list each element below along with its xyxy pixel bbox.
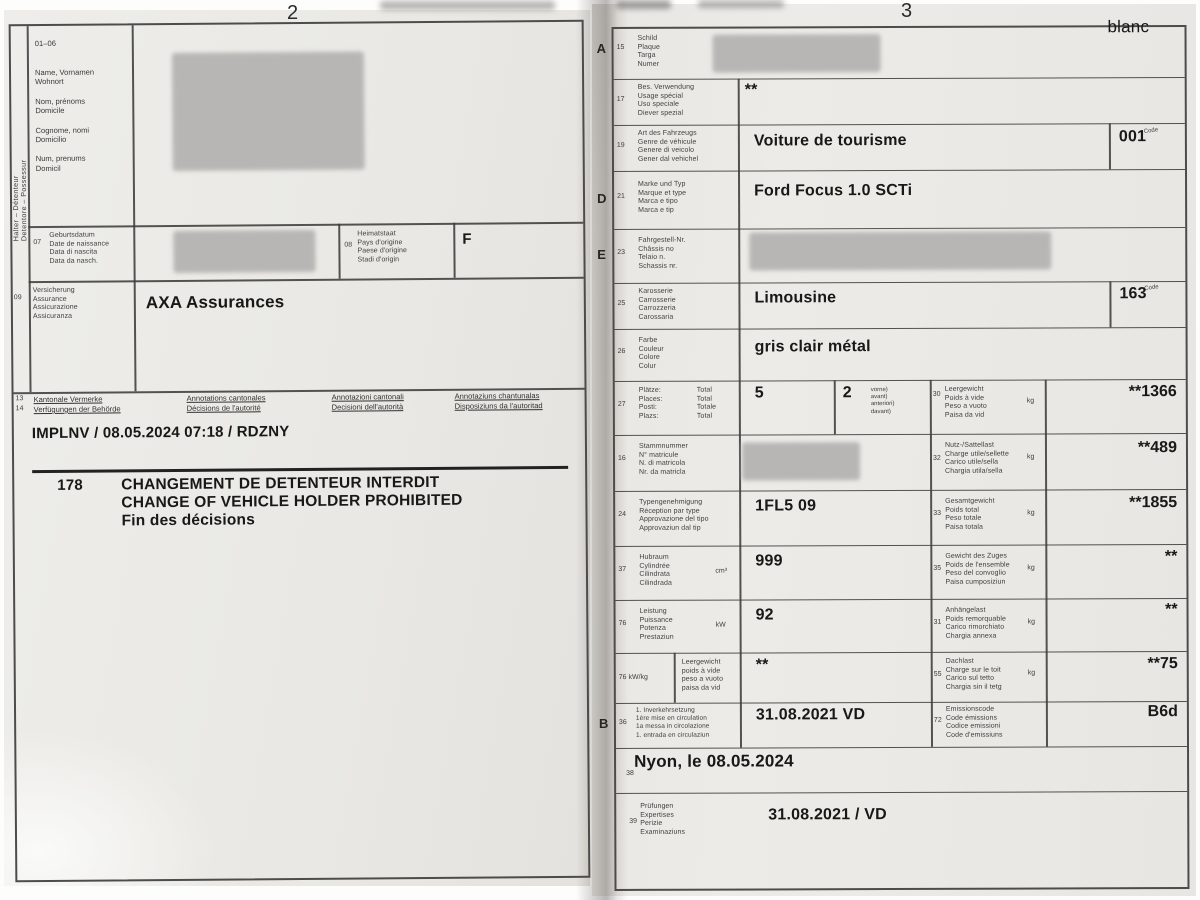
insurance-value: AXA Assurances bbox=[146, 292, 285, 313]
unladen-weight-labels: LeergewichtPoids à videPeso a vuotoPaisa… bbox=[945, 386, 987, 421]
cell-divider bbox=[1045, 433, 1047, 489]
first-registration-value: 31.08.2021 VD bbox=[756, 706, 865, 724]
body-style-labels: KarosserieCarrosserieCarrozzeriaCarossar… bbox=[638, 288, 675, 323]
seats-front-value: 2 bbox=[843, 384, 852, 402]
total-weight-labels: GesamtgewichtPoids totalPeso totalePaisa… bbox=[945, 498, 995, 533]
field-number: 35 bbox=[933, 565, 941, 572]
row-16-serial-no: 16 StammnummerN° matriculeN. di matricol… bbox=[615, 433, 1186, 492]
cell-divider bbox=[738, 125, 740, 171]
chassis-labels: Fahrgestell-Nr.Châssis noTelaio n.Schass… bbox=[638, 237, 686, 272]
field-number: 09 bbox=[14, 294, 22, 301]
row-39-inspections: 39 PrüfungenExpertisesPerizieExaminaziun… bbox=[616, 791, 1187, 889]
cell-divider bbox=[739, 329, 741, 381]
row-27-seats: 27 Plätze:Places:Posti:Plazs: TotalTotal… bbox=[615, 379, 1186, 436]
field-number: 30 bbox=[933, 391, 941, 398]
field-number: 19 bbox=[617, 142, 625, 149]
serial-no-labels: StammnummerN° matriculeN. di matricolaNr… bbox=[639, 443, 688, 478]
type-approval-labels: TypengenehmigungRéception par typeApprov… bbox=[639, 499, 709, 534]
origin-country-labels: HeimatstaatPays d'originePaese d'origine… bbox=[357, 230, 407, 265]
inspections-value: 31.08.2021 / VD bbox=[768, 806, 887, 824]
seats-labels: Plätze:Places:Posti:Plazs: bbox=[639, 387, 663, 421]
field-number: 37 bbox=[618, 566, 626, 573]
cell-divider bbox=[1046, 701, 1048, 746]
cell-divider bbox=[738, 229, 740, 283]
redaction-chassis-number bbox=[749, 231, 1051, 270]
inner-divider bbox=[674, 653, 676, 703]
field-number: 07 bbox=[33, 239, 41, 246]
total-weight-value: **1855 bbox=[1051, 494, 1177, 512]
holder-page-table: Halter – Détenteur Detentore – Possessur… bbox=[9, 20, 591, 882]
cell-divider bbox=[739, 600, 741, 653]
make-type-labels: Marke und TypMarque et typeMarca e tipoM… bbox=[638, 181, 686, 216]
row-17-special-use: 17 Bes. VerwendungUsage spécialUso speci… bbox=[614, 77, 1185, 126]
code-cell-divider bbox=[1109, 281, 1111, 327]
code-cell-divider bbox=[1109, 123, 1111, 169]
cell-divider bbox=[1046, 651, 1048, 701]
section-letter: E bbox=[597, 247, 606, 262]
annotations-header-fr: Annotations cantonalesDécisions de l'aut… bbox=[187, 393, 266, 414]
row-37-displacement: 37 HubraumCylindréeCilindrataCilindrada … bbox=[615, 544, 1186, 601]
roof-load-value: **75 bbox=[1052, 655, 1178, 673]
cell-divider bbox=[930, 434, 932, 490]
cell-divider bbox=[1045, 379, 1047, 433]
cell-divider bbox=[738, 79, 740, 125]
vehicle-kind-value: Voiture de tourisme bbox=[754, 132, 907, 151]
roof-load-labels: DachlastCharge sur le toitCarico sul tet… bbox=[946, 658, 1002, 693]
annotations-header-de: Kantonale VermerkeVerfügungen der Behörd… bbox=[34, 394, 121, 415]
vehicle-kind-code: 001Code bbox=[1119, 128, 1159, 146]
row-24-type-approval: 24 TypengenehmigungRéception par typeApp… bbox=[615, 489, 1186, 547]
make-type-value: Ford Focus 1.0 SCTi bbox=[754, 182, 912, 201]
scanned-vehicle-registration-document: 2 3 Halter – Détenteur Detentore – Posse… bbox=[0, 0, 1200, 900]
field-number: 14 bbox=[16, 405, 24, 412]
field-number: 17 bbox=[617, 96, 625, 103]
field-number: 55 bbox=[934, 671, 942, 678]
cell-divider bbox=[738, 283, 740, 329]
emission-code-labels: EmissionscodeCode émissionsCodice emissi… bbox=[946, 706, 1003, 741]
unit-label: kW bbox=[716, 622, 726, 629]
cell-divider bbox=[739, 491, 741, 546]
field-number: 21 bbox=[617, 193, 625, 200]
vehicle-kind-labels: Art des FahrzeugsGenre de véhiculeGenere… bbox=[638, 130, 698, 165]
power-value: 92 bbox=[756, 606, 774, 624]
unit-label: kg bbox=[1027, 510, 1034, 517]
cell-divider bbox=[834, 380, 836, 434]
cell-divider bbox=[930, 490, 932, 545]
row-76b-power-weight-ratio: 76 kW/kg Leergewichtpoids à videpeso a v… bbox=[616, 651, 1187, 704]
unit-label: kg bbox=[1027, 454, 1034, 461]
first-registration-labels: 1. Inverkehrsetzung1ère mise en circulat… bbox=[636, 707, 710, 740]
row-divider bbox=[29, 277, 584, 283]
field-number: 31 bbox=[934, 619, 942, 626]
unit-label: kg bbox=[1028, 670, 1035, 677]
field-number: 76 bbox=[619, 620, 627, 627]
field-number: 23 bbox=[617, 249, 625, 256]
train-weight-labels: Gewicht des ZugesPoids de l'ensemblePeso… bbox=[945, 553, 1009, 588]
displacement-value: 999 bbox=[755, 552, 782, 570]
field-number: 33 bbox=[933, 510, 941, 517]
code-superscript: Code bbox=[1144, 127, 1159, 135]
field-number: 26 bbox=[618, 348, 626, 355]
row-38-issue-place-date: 38 Nyon, le 08.05.2024 bbox=[616, 746, 1187, 794]
annotations-header-it: Annotazioni cantonaliDecisioni dell'auto… bbox=[332, 392, 404, 413]
cell-divider bbox=[738, 171, 740, 229]
field-number: 25 bbox=[617, 300, 625, 307]
annotations-header-rm: Annotaziuns chantunalasDisposiziuns da l… bbox=[455, 391, 543, 412]
row-36-first-registration: B 36 1. Inverkehrsetzung1ère mise en cir… bbox=[616, 701, 1187, 749]
cell-divider bbox=[1045, 544, 1047, 598]
field-number: 76 kW/kg bbox=[619, 674, 648, 681]
scan-artifact bbox=[698, 0, 784, 8]
train-weight-value: ** bbox=[1051, 548, 1177, 566]
row-21-make-type: D 21 Marke und TypMarque et typeMarca e … bbox=[614, 169, 1185, 230]
birthdate-labels: GeburtsdatumDate de naissanceData di nas… bbox=[49, 231, 109, 266]
plate-labels: SchildPlaqueTargaNumer bbox=[638, 35, 661, 69]
payload-labels: Nutz-/SattellastCharge utile/selletteCar… bbox=[945, 442, 1009, 477]
row-19-vehicle-kind: 19 Art des FahrzeugsGenre de véhiculeGen… bbox=[614, 123, 1185, 172]
seats-total-labels: TotalTotalTotaleTotal bbox=[697, 387, 716, 421]
section-letter: D bbox=[597, 191, 606, 206]
row-23-chassis-no: E 23 Fahrgestell-Nr.Châssis noTelaio n.S… bbox=[614, 227, 1185, 284]
unladen-weight-value: **1366 bbox=[1051, 383, 1177, 401]
special-use-value: ** bbox=[745, 81, 758, 99]
color-labels: FarbeCouleurColoreColur bbox=[639, 337, 664, 371]
seats-front-note: vorne)avant)anteriori)davant) bbox=[871, 387, 895, 416]
cell-divider bbox=[740, 703, 742, 748]
section-letter: B bbox=[599, 716, 608, 731]
vehicle-page-table: blanc A 15 SchildPlaqueTargaNumer 17 Bes… bbox=[611, 25, 1189, 891]
emission-code-value: B6d bbox=[1052, 703, 1178, 721]
redaction-birthdate bbox=[173, 230, 315, 273]
field-number: 32 bbox=[933, 455, 941, 462]
field-number: 72 bbox=[934, 717, 942, 724]
row-26-color: 26 FarbeCouleurColoreColur gris clair mé… bbox=[615, 327, 1186, 382]
holder-field-range: 01–06 bbox=[35, 39, 56, 49]
type-approval-value: 1FL5 09 bbox=[755, 497, 816, 515]
origin-country-value: F bbox=[462, 231, 472, 248]
special-use-labels: Bes. VerwendungUsage spécialUso speciale… bbox=[638, 84, 694, 119]
row-15-plate: A 15 SchildPlaqueTargaNumer bbox=[614, 27, 1185, 80]
field-number: 15 bbox=[617, 44, 625, 51]
row-divider bbox=[28, 222, 583, 228]
field08-right-border bbox=[453, 223, 455, 278]
cell-divider bbox=[739, 546, 741, 600]
redaction-plate-number bbox=[713, 34, 881, 73]
cell-divider bbox=[739, 435, 741, 491]
row-25-body-style: 25 KarosserieCarrosserieCarrozzeriaCaros… bbox=[614, 281, 1185, 330]
body-style-code: 163Code bbox=[1119, 285, 1159, 303]
unit-label: kg bbox=[1028, 619, 1035, 626]
sidebar-holder-label-it-rm: Detentore – Possessur bbox=[18, 81, 28, 241]
field-number: 13 bbox=[16, 395, 24, 402]
color-value: gris clair métal bbox=[755, 338, 871, 356]
decision-text: CHANGEMENT DE DETENTEUR INTERDITCHANGE O… bbox=[121, 474, 463, 531]
field-number: 08 bbox=[344, 242, 352, 249]
field-number: 16 bbox=[618, 455, 626, 462]
cell-divider bbox=[930, 545, 932, 599]
unit-label: kg bbox=[1027, 398, 1034, 405]
page-number-left: 2 bbox=[287, 2, 298, 25]
scan-artifact bbox=[616, 0, 671, 9]
insurance-labels: VersicherungAssuranceAssicurazioneAssicu… bbox=[33, 287, 78, 322]
field-number: 24 bbox=[618, 511, 626, 518]
field08-left-border bbox=[338, 224, 340, 279]
scan-artifact bbox=[380, 1, 555, 10]
trailer-load-value: ** bbox=[1052, 601, 1178, 619]
cell-divider bbox=[1045, 598, 1047, 651]
cell-divider bbox=[930, 599, 932, 652]
redaction-serial-number bbox=[742, 442, 860, 480]
section-letter: A bbox=[597, 41, 606, 56]
field-number: 39 bbox=[629, 818, 637, 825]
issue-place-date-value: Nyon, le 08.05.2024 bbox=[634, 751, 794, 772]
inspections-labels: PrüfungenExpertisesPerizieExaminaziuns bbox=[640, 803, 685, 838]
seats-total-value: 5 bbox=[755, 384, 764, 402]
ratio-value: ** bbox=[756, 656, 769, 674]
field-number: 27 bbox=[618, 401, 626, 408]
cell-divider bbox=[1045, 489, 1047, 544]
unit-label: cm³ bbox=[715, 568, 727, 575]
cell-divider bbox=[740, 653, 742, 703]
field-number: 36 bbox=[619, 719, 627, 726]
cell-divider bbox=[931, 652, 933, 702]
cell-divider bbox=[739, 381, 741, 435]
unit-label: kg bbox=[1027, 565, 1034, 572]
code-superscript: Code bbox=[1144, 284, 1159, 292]
holder-field-labels: Name, VornamenWohnort Nom, prénomsDomici… bbox=[35, 68, 95, 184]
trailer-load-labels: AnhängelastPoids remorquableCarico rimor… bbox=[946, 607, 1007, 642]
decision-separator-line bbox=[32, 466, 568, 473]
row-76-power: 76 LeistungPuissancePotenzaPrestaziun kW… bbox=[615, 598, 1186, 654]
cantonal-annotation-entry: IMPLNV / 08.05.2024 07:18 / RDZNY bbox=[32, 423, 290, 442]
ratio-weight-labels: Leergewichtpoids à videpeso a vuotopaisa… bbox=[682, 659, 723, 694]
label-column-divider bbox=[132, 25, 136, 391]
cell-divider bbox=[931, 702, 933, 747]
body-style-value: Limousine bbox=[754, 289, 836, 307]
field-number: 38 bbox=[626, 770, 634, 777]
decision-code: 178 bbox=[57, 477, 83, 494]
redaction-holder-name bbox=[172, 51, 365, 171]
displacement-labels: HubraumCylindréeCilindrataCilindrada bbox=[639, 554, 672, 588]
cell-divider bbox=[930, 380, 932, 434]
page-number-right: 3 bbox=[901, 0, 912, 23]
power-labels: LeistungPuissancePotenzaPrestaziun bbox=[640, 608, 674, 642]
payload-value: **489 bbox=[1051, 439, 1177, 457]
